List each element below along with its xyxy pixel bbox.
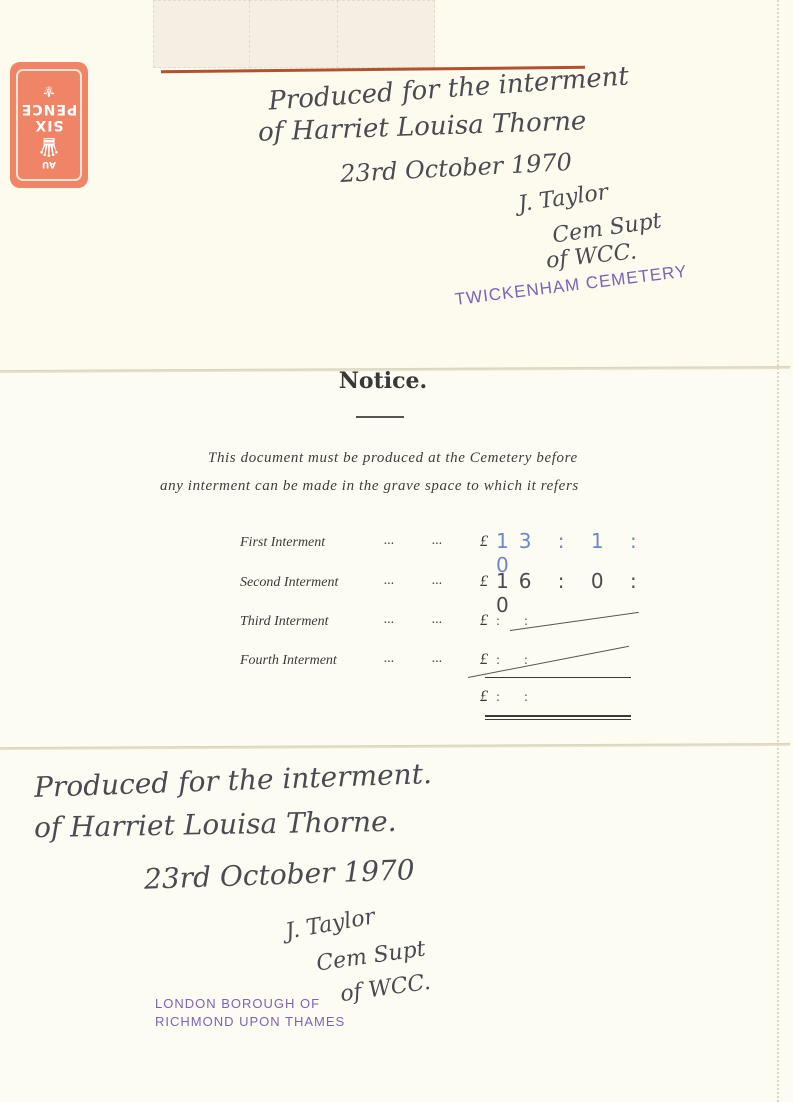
leader: ... [432,573,443,589]
stamp-denomination: PENCE [21,101,77,117]
currency-symbol: £ [480,612,488,630]
leader: ... [432,533,443,549]
crown-icon: ♛ [37,133,60,159]
fee-row: Second Interment ... ... £ 16 : 0 : 0 [238,573,658,597]
fee-label: Third Interment [240,614,329,630]
currency-symbol: £ [480,573,488,591]
borough-stamp: RICHMOND UPON THAMES [155,1014,345,1029]
fee-row: First Interment ... ... £ 13 : 1 : 0 [238,533,658,557]
divider [356,416,404,418]
fee-amount: 16 : 0 : 0 [496,569,658,617]
leader: ... [432,612,443,628]
borough-stamp: LONDON BOROUGH OF [155,996,320,1011]
leader: ... [384,612,395,628]
leader: ... [384,651,395,667]
fee-row: Fourth Interment ... ... £ : : [238,651,658,675]
fee-label: Second Interment [240,575,338,591]
leader: ... [432,651,443,667]
page-title: Notice. [0,368,766,394]
total-row: £ : : [238,688,658,712]
leader: ... [384,573,395,589]
currency-symbol: £ [480,651,488,669]
notice-text: any interment can be made in the grave s… [160,478,579,495]
stamp-denomination: SIX [34,117,63,133]
fee-label: Fourth Interment [240,653,337,669]
handwritten-line: of Harriet Louisa Thorne. [34,805,397,844]
total-amount: : : [496,690,538,704]
fee-label: First Interment [240,535,325,551]
perforated-edge [775,0,779,1102]
removed-stamp-area [153,0,433,72]
postage-stamp: AU ♛ SIX PENCE ⚜ [10,62,88,188]
leader: ... [384,533,395,549]
notice-text: This document must be produced at the Ce… [208,450,578,467]
total-rule [485,719,631,720]
fee-row: Third Interment ... ... £ : : [238,612,658,636]
fleur-icon: ⚜ [42,81,56,101]
currency-symbol: £ [480,688,488,706]
subtotal-rule [485,677,631,678]
currency-symbol: £ [480,533,488,551]
total-rule [485,715,631,717]
bottom-panel [0,748,793,1102]
